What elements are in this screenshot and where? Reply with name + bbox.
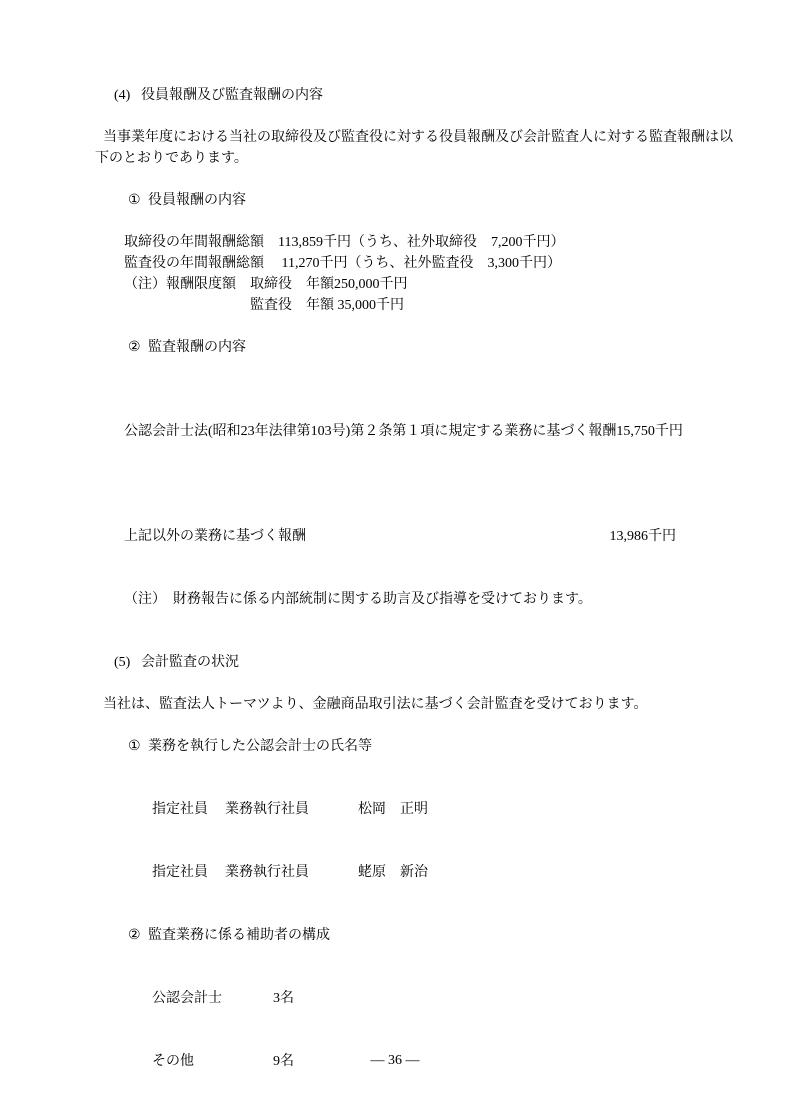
section-officer-audit-compensation: (4)役員報酬及び監査報酬の内容 当事業年度における当社の取締役及び監査役に対す… [86, 64, 704, 610]
section4-item1-title: 役員報酬の内容 [148, 193, 246, 208]
section5-item2-number: ② [128, 925, 148, 946]
assistant-count: 3名 [273, 991, 294, 1006]
accountant-name: 蛯原 新治 [358, 865, 428, 880]
accountant-role: 業務執行社員 [225, 799, 358, 820]
accountant-row: 指定社員業務執行社員蛯原 新治 [86, 841, 704, 904]
section4-intro-line-1: 当事業年度における当社の取締役及び監査役に対する役員報酬及び会計監査人に対する監… [86, 127, 704, 148]
accountant-designation: 指定社員 [152, 862, 225, 883]
section5-heading: (5)会計監査の状況 [86, 631, 704, 694]
assistant-label: 公認会計士 [152, 988, 273, 1009]
other-fee-label: 上記以外の業務に基づく報酬 [124, 526, 306, 547]
audit-fee-label: 公認会計士法(昭和23年法律第103号)第２条第１項に規定する業務に基づく報酬 [124, 421, 616, 442]
other-fee-amount: 13,986千円 [610, 526, 677, 547]
section-accounting-audit-status: (5)会計監査の状況 当社は、監査法人トーマツより、金融商品取引法に基づく会計監… [86, 631, 704, 1093]
section5-number: (5) [114, 652, 141, 673]
assistant-row: 公認会計士3名 [86, 967, 704, 1030]
section5-item1-number: ① [128, 736, 148, 757]
audit-fee-row: 公認会計士法(昭和23年法律第103号)第２条第１項に規定する業務に基づく報酬1… [86, 379, 704, 484]
other-fee-row: 上記以外の業務に基づく報酬13,986千円 [86, 484, 704, 589]
section5-item1-title: 業務を執行した公認会計士の氏名等 [148, 739, 372, 754]
accountant-name: 松岡 正明 [358, 802, 428, 817]
section4-number: (4) [114, 85, 141, 106]
other-fee-row-inner: 上記以外の業務に基づく報酬13,986千円 [124, 526, 676, 547]
section4-item1-number: ① [128, 190, 148, 211]
page-number: ― 36 ― [371, 1053, 420, 1068]
accountant-row: 指定社員業務執行社員松岡 正明 [86, 778, 704, 841]
accountant-designation: 指定社員 [152, 799, 225, 820]
audit-fee-note: （注） 財務報告に係る内部統制に関する助言及び指導を受けております。 [86, 589, 704, 610]
section4-title: 役員報酬及び監査報酬の内容 [141, 88, 323, 103]
section5-intro: 当社は、監査法人トーマツより、金融商品取引法に基づく会計監査を受けております。 [86, 694, 704, 715]
section5-item2-title: 監査業務に係る補助者の構成 [148, 928, 330, 943]
section4-heading: (4)役員報酬及び監査報酬の内容 [86, 64, 704, 127]
accountant-role: 業務執行社員 [225, 862, 358, 883]
auditor-compensation-line: 監査役の年間報酬総額 11,270千円（うち、社外監査役 3,300千円） [86, 253, 704, 274]
compensation-limit-note-line-1: （注）報酬限度額 取締役 年額250,000千円 [86, 274, 704, 295]
section5-title: 会計監査の状況 [141, 655, 239, 670]
section4-item1-heading: ①役員報酬の内容 [86, 169, 704, 232]
director-compensation-line: 取締役の年間報酬総額 113,859千円（うち、社外取締役 7,200千円） [86, 232, 704, 253]
section4-item2-heading: ②監査報酬の内容 [86, 316, 704, 379]
document-page: (4)役員報酬及び監査報酬の内容 当事業年度における当社の取締役及び監査役に対す… [0, 0, 790, 1118]
compensation-limit-note-line-2: 監査役 年額 35,000千円 [86, 295, 704, 316]
section4-item2-number: ② [128, 337, 148, 358]
section5-item1-heading: ①業務を執行した公認会計士の氏名等 [86, 715, 704, 778]
audit-fee-amount: 15,750千円 [616, 421, 683, 442]
page-footer: ― 36 ― [0, 1050, 790, 1071]
section4-intro-line-2: 下のとおりであります。 [86, 148, 704, 169]
section4-item2-title: 監査報酬の内容 [148, 340, 246, 355]
page-content: (4)役員報酬及び監査報酬の内容 当事業年度における当社の取締役及び監査役に対す… [86, 64, 704, 1093]
audit-fee-row-inner: 公認会計士法(昭和23年法律第103号)第２条第１項に規定する業務に基づく報酬1… [124, 421, 676, 442]
section5-item2-heading: ②監査業務に係る補助者の構成 [86, 904, 704, 967]
